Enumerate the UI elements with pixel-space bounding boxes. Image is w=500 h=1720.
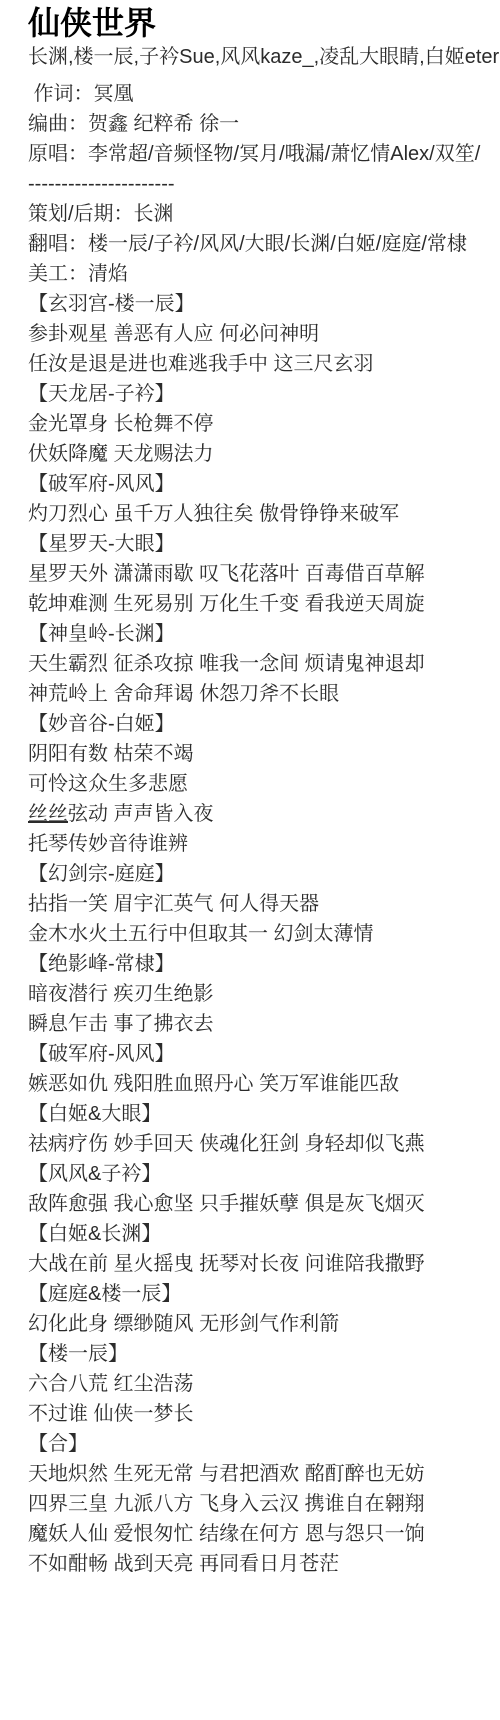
section-label-line: 【白姬&大眼】	[28, 1099, 500, 1129]
lyric-line: 不如酣畅 战到天亮 再同看日月苍茫	[28, 1549, 500, 1579]
credit-line: 作词：冥凰	[28, 79, 500, 109]
section-label-line: 【白姬&长渊】	[28, 1219, 500, 1249]
lyric-line: 托琴传妙音待谁辨	[28, 829, 500, 859]
lyric-line: 四界三皇 九派八方 飞身入云汉 携谁自在翱翔	[28, 1489, 500, 1519]
lyric-line: 天生霸烈 征杀攻掠 唯我一念间 烦请鬼神退却	[28, 649, 500, 679]
lyric-line: 神荒岭上 舍命拜谒 休怨刀斧不长眼	[28, 679, 500, 709]
lyric-line: 幻化此身 缥缈随风 无形剑气作利箭	[28, 1309, 500, 1339]
lyric-line: 参卦观星 善恶有人应 何必问神明	[28, 319, 500, 349]
lyric-line: 灼刀烈心 虽千万人独往矣 傲骨铮铮来破军	[28, 499, 500, 529]
lyric-line: 暗夜潜行 疾刃生绝影	[28, 979, 500, 1009]
credit-line: 原唱：李常超/音频怪物/冥月/哦漏/萧忆情Alex/双笙/	[28, 139, 500, 169]
section-label-line: 【妙音谷-白姬】	[28, 709, 500, 739]
lyric-line: 丝丝弦动 声声皆入夜	[28, 799, 500, 829]
section-label-line: 【楼一辰】	[28, 1339, 500, 1369]
lyric-line: 金光罩身 长枪舞不停	[28, 409, 500, 439]
section-label-line: 【风风&子衿】	[28, 1159, 500, 1189]
lyric-line: 任汝是退是进也难逃我手中 这三尺玄羽	[28, 349, 500, 379]
lyric-line: 乾坤难测 生死易别 万化生千变 看我逆天周旋	[28, 589, 500, 619]
lyric-line: 瞬息乍击 事了拂衣去	[28, 1009, 500, 1039]
credit-line: 策划/后期：长渊	[28, 199, 500, 229]
lyric-line: 天地炽然 生死无常 与君把酒欢 酩酊醉也无妨	[28, 1459, 500, 1489]
lyric-line: 祛病疗伤 妙手回天 侠魂化狂剑 身轻却似飞燕	[28, 1129, 500, 1159]
credit-line: 美工：清焰	[28, 259, 500, 289]
lyric-line: 敌阵愈强 我心愈坚 只手摧妖孽 俱是灰飞烟灭	[28, 1189, 500, 1219]
credit-line: 翻唱：楼一辰/子衿/风风/大眼/长渊/白姬/庭庭/常棣	[28, 229, 500, 259]
lyric-line: 不过谁 仙侠一梦长	[28, 1399, 500, 1429]
section-label-line: 【幻剑宗-庭庭】	[28, 859, 500, 889]
text-flow: 作词：冥凰编曲：贺鑫 纪粹希 徐一原唱：李常超/音频怪物/冥月/哦漏/萧忆情Al…	[28, 79, 500, 1579]
lyric-line: 六合八荒 红尘浩荡	[28, 1369, 500, 1399]
lyric-line: 可怜这众生多悲愿	[28, 769, 500, 799]
lyric-line: 魔妖人仙 爱恨匆忙 结缘在何方 恩与怨只一饷	[28, 1519, 500, 1549]
section-label-line: 【合】	[28, 1429, 500, 1459]
section-label-line: 【破军府-风风】	[28, 469, 500, 499]
lyric-line: 伏妖降魔 天龙赐法力	[28, 439, 500, 469]
section-label-line: 【神皇岭-长渊】	[28, 619, 500, 649]
divider-line: ----------------------	[28, 169, 500, 199]
section-label-line: 【玄羽宫-楼一辰】	[28, 289, 500, 319]
section-label-line: 【天龙居-子衿】	[28, 379, 500, 409]
credit-line: 编曲：贺鑫 纪粹希 徐一	[28, 109, 500, 139]
section-label-line: 【破军府-风风】	[28, 1039, 500, 1069]
lyric-line: 金木水火土五行中但取其一 幻剑太薄情	[28, 919, 500, 949]
song-title: 仙侠世界	[28, 2, 500, 44]
lyric-line: 嫉恶如仇 残阳胜血照丹心 笑万军谁能匹敌	[28, 1069, 500, 1099]
song-artists: 长渊,楼一辰,子衿Sue,风风kaze_,凌乱大眼睛,白姬eter	[28, 44, 500, 70]
underlined-text: 丝丝	[28, 803, 68, 825]
lyric-line: 星罗天外 潇潇雨歇 叹飞花落叶 百毒借百草解	[28, 559, 500, 589]
lyric-line: 拈指一笑 眉宇汇英气 何人得天器	[28, 889, 500, 919]
lyric-line: 大战在前 星火摇曳 抚琴对长夜 问谁陪我撒野	[28, 1249, 500, 1279]
lyric-line: 阴阳有数 枯荣不竭	[28, 739, 500, 769]
section-label-line: 【星罗天-大眼】	[28, 529, 500, 559]
section-label-line: 【庭庭&楼一辰】	[28, 1279, 500, 1309]
lyrics-page: 仙侠世界 长渊,楼一辰,子衿Sue,风风kaze_,凌乱大眼睛,白姬eter 作…	[0, 0, 500, 1579]
section-label-line: 【绝影峰-常棣】	[28, 949, 500, 979]
